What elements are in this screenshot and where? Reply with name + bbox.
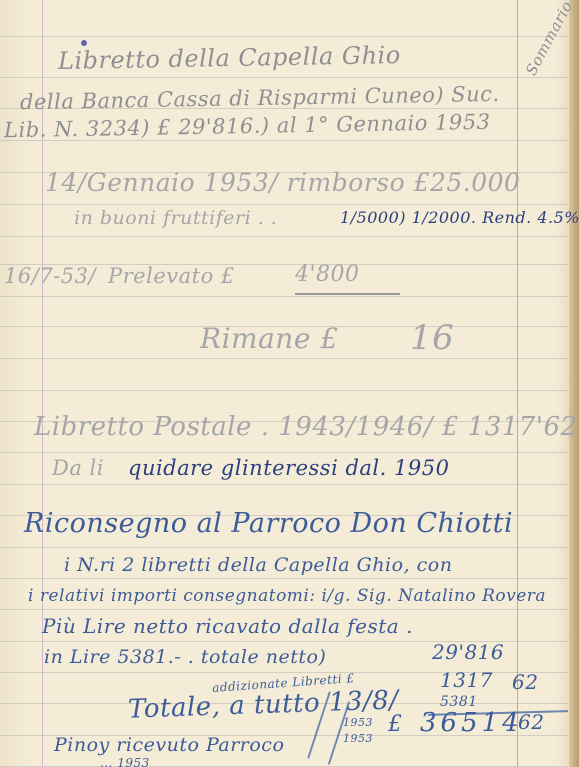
ruled-line [0, 578, 568, 579]
page-edge [569, 0, 579, 767]
entry-jul-text: Prelevato £ [108, 264, 235, 288]
interest-line-pencil: Da li [52, 456, 104, 480]
ink-blot [81, 40, 87, 46]
account-line: Lib. N. 3234) £ 29'816.) al 1° Gennaio 1… [4, 110, 491, 142]
sum-value-1: 29'816 [432, 640, 504, 664]
remainder-label: Rimane £ [200, 322, 339, 355]
ruled-line [0, 236, 568, 237]
ruled-line [0, 390, 568, 391]
total-year-top: 1953 [343, 716, 373, 729]
consign-line-5: in Lire 5381.- . totale netto) [44, 646, 326, 668]
ledger-page: Libretto della Capella Ghio della Banca … [0, 0, 579, 767]
interest-line-ink: quidare glinteressi dal. 1950 [128, 456, 449, 480]
ruled-line [0, 296, 568, 297]
title-line: Libretto della Capella Ghio [58, 41, 401, 75]
sum-value-2: 1317 [440, 668, 493, 692]
entry-jan-rimborso: 14/Gennaio 1953/ rimborso £25.000 [45, 168, 520, 197]
total-cents: 62 [518, 710, 544, 734]
ruled-line [0, 204, 568, 205]
ruled-line [0, 484, 568, 485]
left-margin-line [42, 0, 43, 767]
closing-line: Pinoy ricevuto Parroco [54, 734, 284, 756]
sum-value-2-cents: 62 [512, 670, 538, 694]
ruled-line [0, 358, 568, 359]
entry-jan-buoni: in buoni fruttiferi . . [74, 207, 277, 229]
bank-line: della Banca Cassa di Risparmi Cuneo) Suc… [20, 82, 500, 114]
ruled-line [0, 36, 568, 37]
consign-line-4: Più Lire netto ricavato dalla festa . [42, 614, 413, 638]
right-margin-line [517, 0, 518, 767]
consign-line-2: i N.ri 2 libretti della Capella Ghio, co… [64, 554, 452, 576]
closing-partial: ... 1953 [100, 756, 150, 767]
total-amount: 36514 [420, 708, 523, 738]
consign-line-1: Riconsegno al Parroco Don Chiotti [24, 508, 513, 539]
ruled-line [0, 547, 568, 548]
consign-line-3: i relativi importi consegnatomi: i/g. Si… [28, 586, 546, 606]
entry-jul-amount: 4'800 [295, 262, 400, 295]
remainder-amount: 16 [410, 318, 454, 358]
total-currency: £ [388, 712, 403, 737]
postal-line: Libretto Postale . 1943/1946/ £ 1317'62 [34, 412, 578, 442]
ruled-line [0, 452, 568, 453]
total-year-bottom: 1953 [343, 732, 373, 745]
entry-jul-date: 16/7-53/ [4, 264, 96, 288]
ruled-line [0, 77, 568, 78]
entry-jan-buoni-detail: 1/5000) 1/2000. Rend. 4.5% [340, 208, 579, 227]
ruled-line [0, 609, 568, 610]
